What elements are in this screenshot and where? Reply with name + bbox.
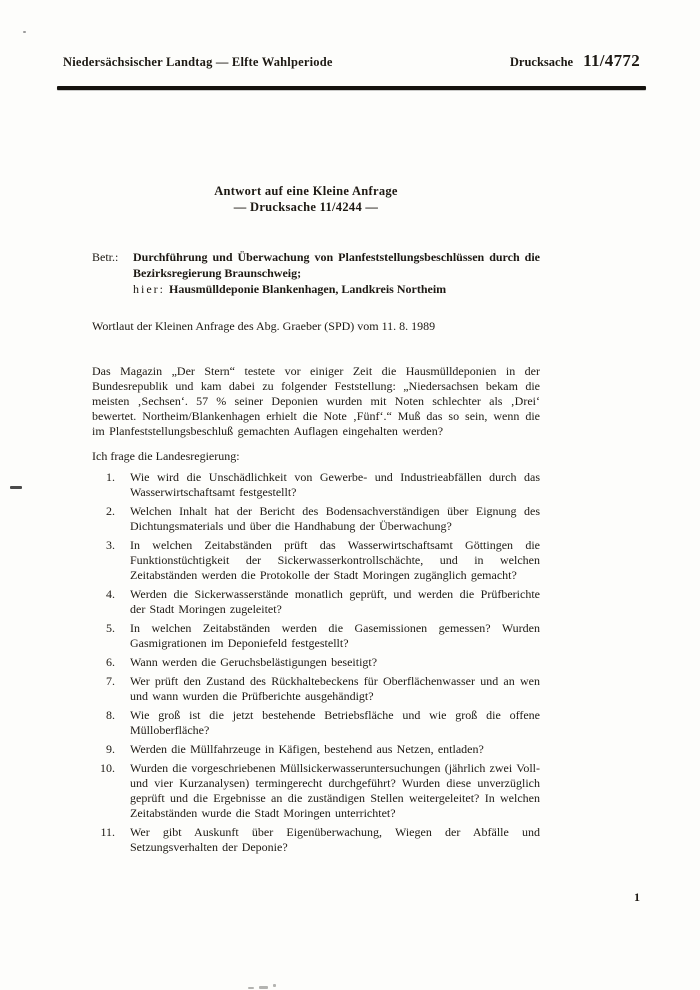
scan-smudge (259, 986, 268, 989)
question-row: 3. In welchen Zeitabständen prüft das Wa… (92, 538, 540, 583)
questions-list: 1. Wie wird die Unschädlichkeit von Gewe… (92, 470, 540, 855)
scanned-document-page: Niedersächsischer Landtag — Elfte Wahlpe… (0, 0, 700, 990)
question-number: 6. (92, 655, 115, 670)
document-body: Antwort auf eine Kleine Anfrage — Drucks… (92, 0, 540, 855)
question-row: 2. Welchen Inhalt hat der Bericht des Bo… (92, 504, 540, 534)
question-text: Werden die Müllfahrzeuge in Käfigen, bes… (130, 742, 540, 757)
question-text: Wann werden die Geruchsbelästigungen bes… (130, 655, 540, 670)
question-number: 8. (92, 708, 115, 738)
question-row: 11. Wer gibt Auskunft über Eigenüberwach… (92, 825, 540, 855)
question-row: 5. In welchen Zeitabständen werden die G… (92, 621, 540, 651)
question-text: Wie groß ist die jetzt bestehende Betrie… (130, 708, 540, 738)
question-number: 7. (92, 674, 115, 704)
question-row: 7. Wer prüft den Zustand des Rückhaltebe… (92, 674, 540, 704)
question-number: 5. (92, 621, 115, 651)
question-text: Wie wird die Unschädlichkeit von Gewerbe… (130, 470, 540, 500)
lead-paragraph: Das Magazin „Der Stern“ testete vor eini… (92, 364, 540, 439)
margin-mark (10, 486, 22, 489)
subject-block: Betr.: Durchführung und Überwachung von … (92, 249, 540, 297)
drucksache-number: 11/4772 (583, 51, 640, 70)
question-intro: Ich frage die Landesregierung: (92, 449, 540, 464)
question-number: 1. (92, 470, 115, 500)
question-text: In welchen Zeitabständen prüft das Wasse… (130, 538, 540, 583)
question-text: In welchen Zeitabständen werden die Gase… (130, 621, 540, 651)
subject-body: Durchführung und Überwachung von Planfes… (133, 249, 540, 297)
document-title: Antwort auf eine Kleine Anfrage (82, 184, 530, 199)
question-number: 9. (92, 742, 115, 757)
subject-sub-label: hier: (133, 282, 165, 296)
question-text: Welchen Inhalt hat der Bericht des Boden… (130, 504, 540, 534)
question-text: Wer gibt Auskunft über Eigenüberwachung,… (130, 825, 540, 855)
page-number: 1 (634, 890, 640, 905)
question-row: 10. Wurden die vorgeschriebenen Müllsick… (92, 761, 540, 821)
question-number: 10. (92, 761, 115, 821)
question-number: 2. (92, 504, 115, 534)
question-row: 1. Wie wird die Unschädlichkeit von Gewe… (92, 470, 540, 500)
question-text: Wer prüft den Zustand des Rückhaltebecke… (130, 674, 540, 704)
question-row: 9. Werden die Müllfahrzeuge in Käfigen, … (92, 742, 540, 757)
question-number: 11. (92, 825, 115, 855)
question-row: 4. Werden die Sickerwasserstände monatli… (92, 587, 540, 617)
scan-smudge (248, 987, 254, 989)
question-text: Wurden die vorgeschriebenen Müllsickerwa… (130, 761, 540, 821)
document-title-block: Antwort auf eine Kleine Anfrage — Drucks… (82, 184, 530, 215)
question-text: Werden die Sickerwasserstände monatlich … (130, 587, 540, 617)
document-subtitle: — Drucksache 11/4244 — (82, 200, 530, 215)
question-source-line: Wortlaut der Kleinen Anfrage des Abg. Gr… (92, 319, 540, 334)
scan-speck (23, 31, 26, 33)
subject-label: Betr.: (92, 249, 133, 297)
subject-text: Durchführung und Überwachung von Planfes… (133, 250, 540, 280)
subject-sub-text: Hausmülldeponie Blankenhagen, Landkreis … (169, 282, 446, 296)
question-row: 6. Wann werden die Geruchsbelästigungen … (92, 655, 540, 670)
question-number: 3. (92, 538, 115, 583)
question-number: 4. (92, 587, 115, 617)
question-row: 8. Wie groß ist die jetzt bestehende Bet… (92, 708, 540, 738)
scan-smudge (273, 984, 276, 987)
